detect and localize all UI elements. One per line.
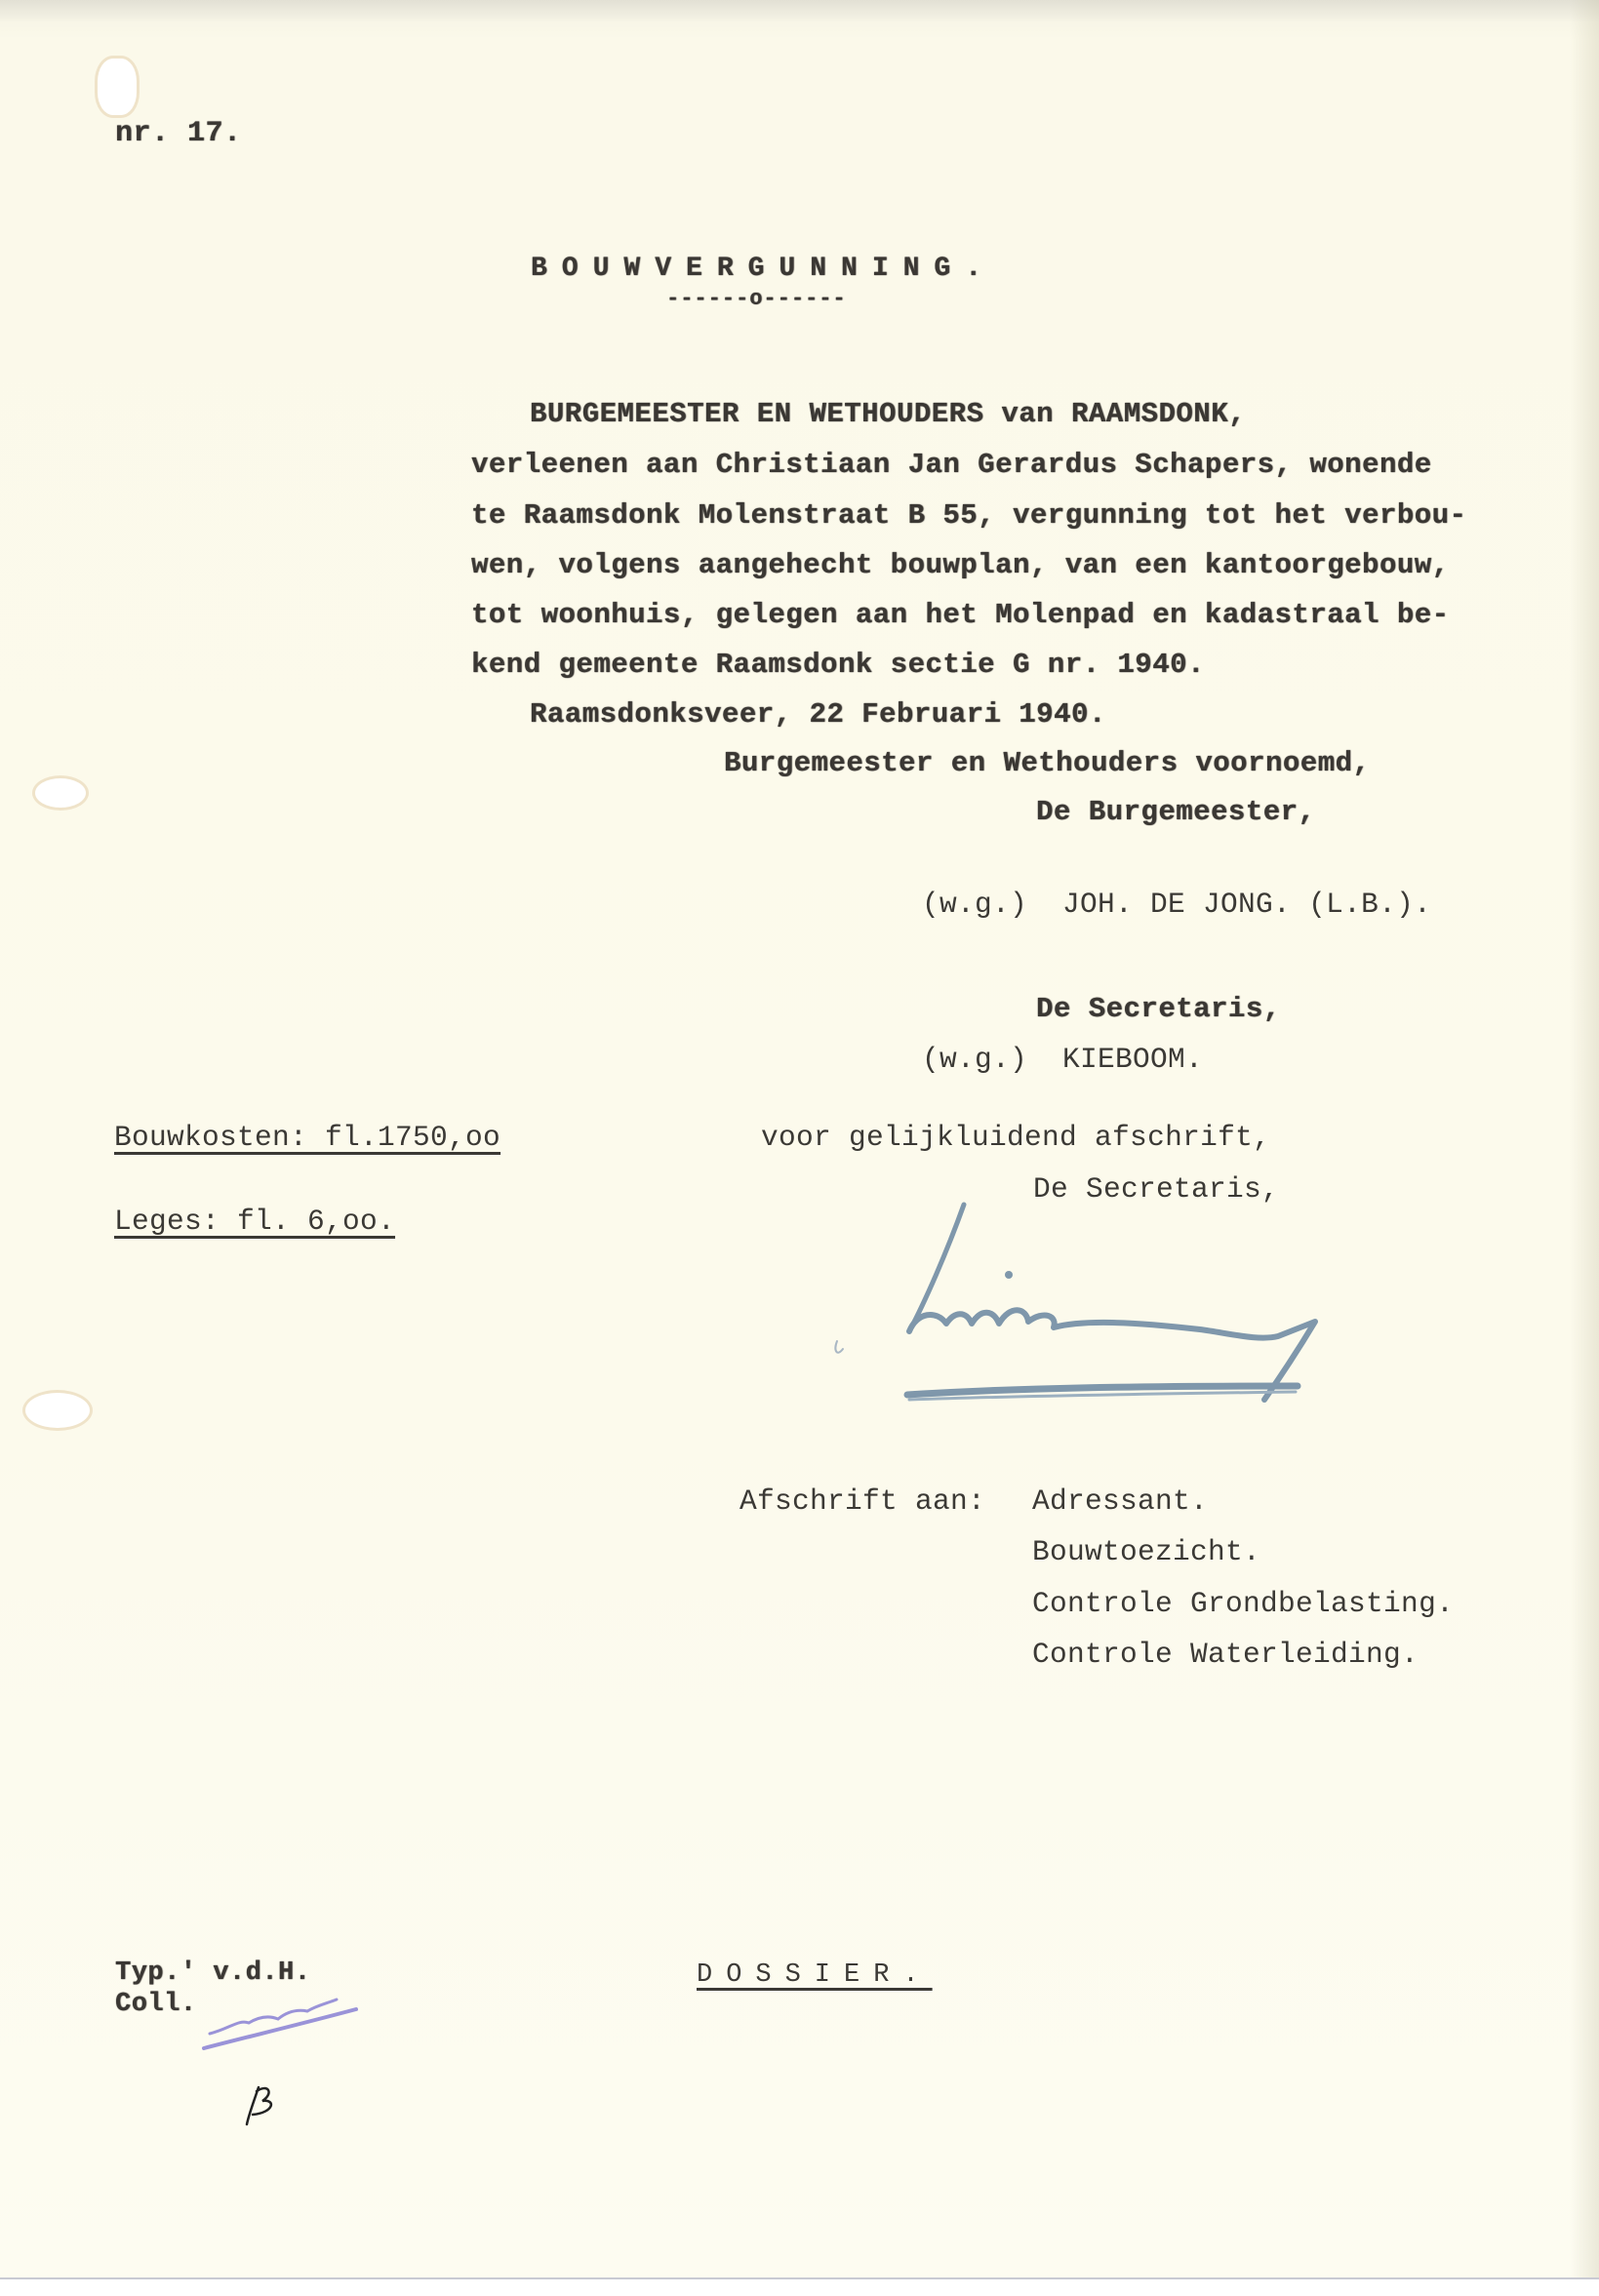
initials-scribble bbox=[190, 1990, 385, 2126]
secretary-signature: (w.g.) KIEBOOM. bbox=[922, 1046, 1203, 1075]
document-title: BOUWVERGUNNING. bbox=[531, 256, 996, 283]
place-date: Raamsdonksveer, 22 Februari 1940. bbox=[530, 700, 1106, 729]
copies-to-item-4: Controle Waterleiding. bbox=[1032, 1641, 1419, 1670]
handwritten-signature bbox=[819, 1195, 1405, 1409]
copies-to-label: Afschrift aan: bbox=[740, 1487, 985, 1517]
body-line-3: te Raamsdonk Molenstraat B 55, vergunnin… bbox=[471, 501, 1466, 530]
mayor-title: De Burgemeester, bbox=[1036, 798, 1315, 826]
paper-top-edge bbox=[0, 0, 1599, 21]
punch-hole-top bbox=[98, 59, 137, 115]
body-line-6: kend gemeente Raamsdonk sectie G nr. 194… bbox=[471, 651, 1205, 679]
body-line-1: BURGEMEESTER EN WETHOUDERS van RAAMSDONK… bbox=[530, 400, 1246, 428]
body-line-2: verleenen aan Christiaan Jan Gerardus Sc… bbox=[471, 451, 1432, 479]
typist-initials: Typ.' v.d.H. bbox=[115, 1960, 310, 1987]
paper-right-shadow bbox=[1570, 0, 1599, 2277]
document-number: nr. 17. bbox=[115, 119, 242, 148]
copies-to-item-3: Controle Grondbelasting. bbox=[1032, 1590, 1454, 1619]
mayor-signature: (w.g.) JOH. DE JONG. (L.B.). bbox=[922, 891, 1431, 920]
punch-hole-lower bbox=[25, 1393, 90, 1428]
body-line-5: tot woonhuis, gelegen aan het Molenpad e… bbox=[471, 601, 1450, 629]
collated-label: Coll. bbox=[115, 1992, 197, 2018]
copy-certification: voor gelijkluidend afschrift, bbox=[761, 1124, 1270, 1153]
body-line-4: wen, volgens aangehecht bouwplan, van ee… bbox=[471, 551, 1450, 579]
punch-hole-upper bbox=[35, 778, 86, 808]
closing-line: Burgemeester en Wethouders voornoemd, bbox=[724, 749, 1370, 777]
title-rule: ------o------ bbox=[666, 289, 847, 310]
fees: Leges: fl. 6,oo. bbox=[114, 1207, 395, 1237]
secretary-title: De Secretaris, bbox=[1036, 995, 1281, 1023]
copies-to-item-2: Bouwtoezicht. bbox=[1032, 1538, 1260, 1567]
dossier-label: DOSSIER. bbox=[697, 1962, 933, 1989]
building-costs: Bouwkosten: fl.1750,oo bbox=[114, 1124, 500, 1153]
copies-to-item-1: Adressant. bbox=[1032, 1487, 1208, 1517]
